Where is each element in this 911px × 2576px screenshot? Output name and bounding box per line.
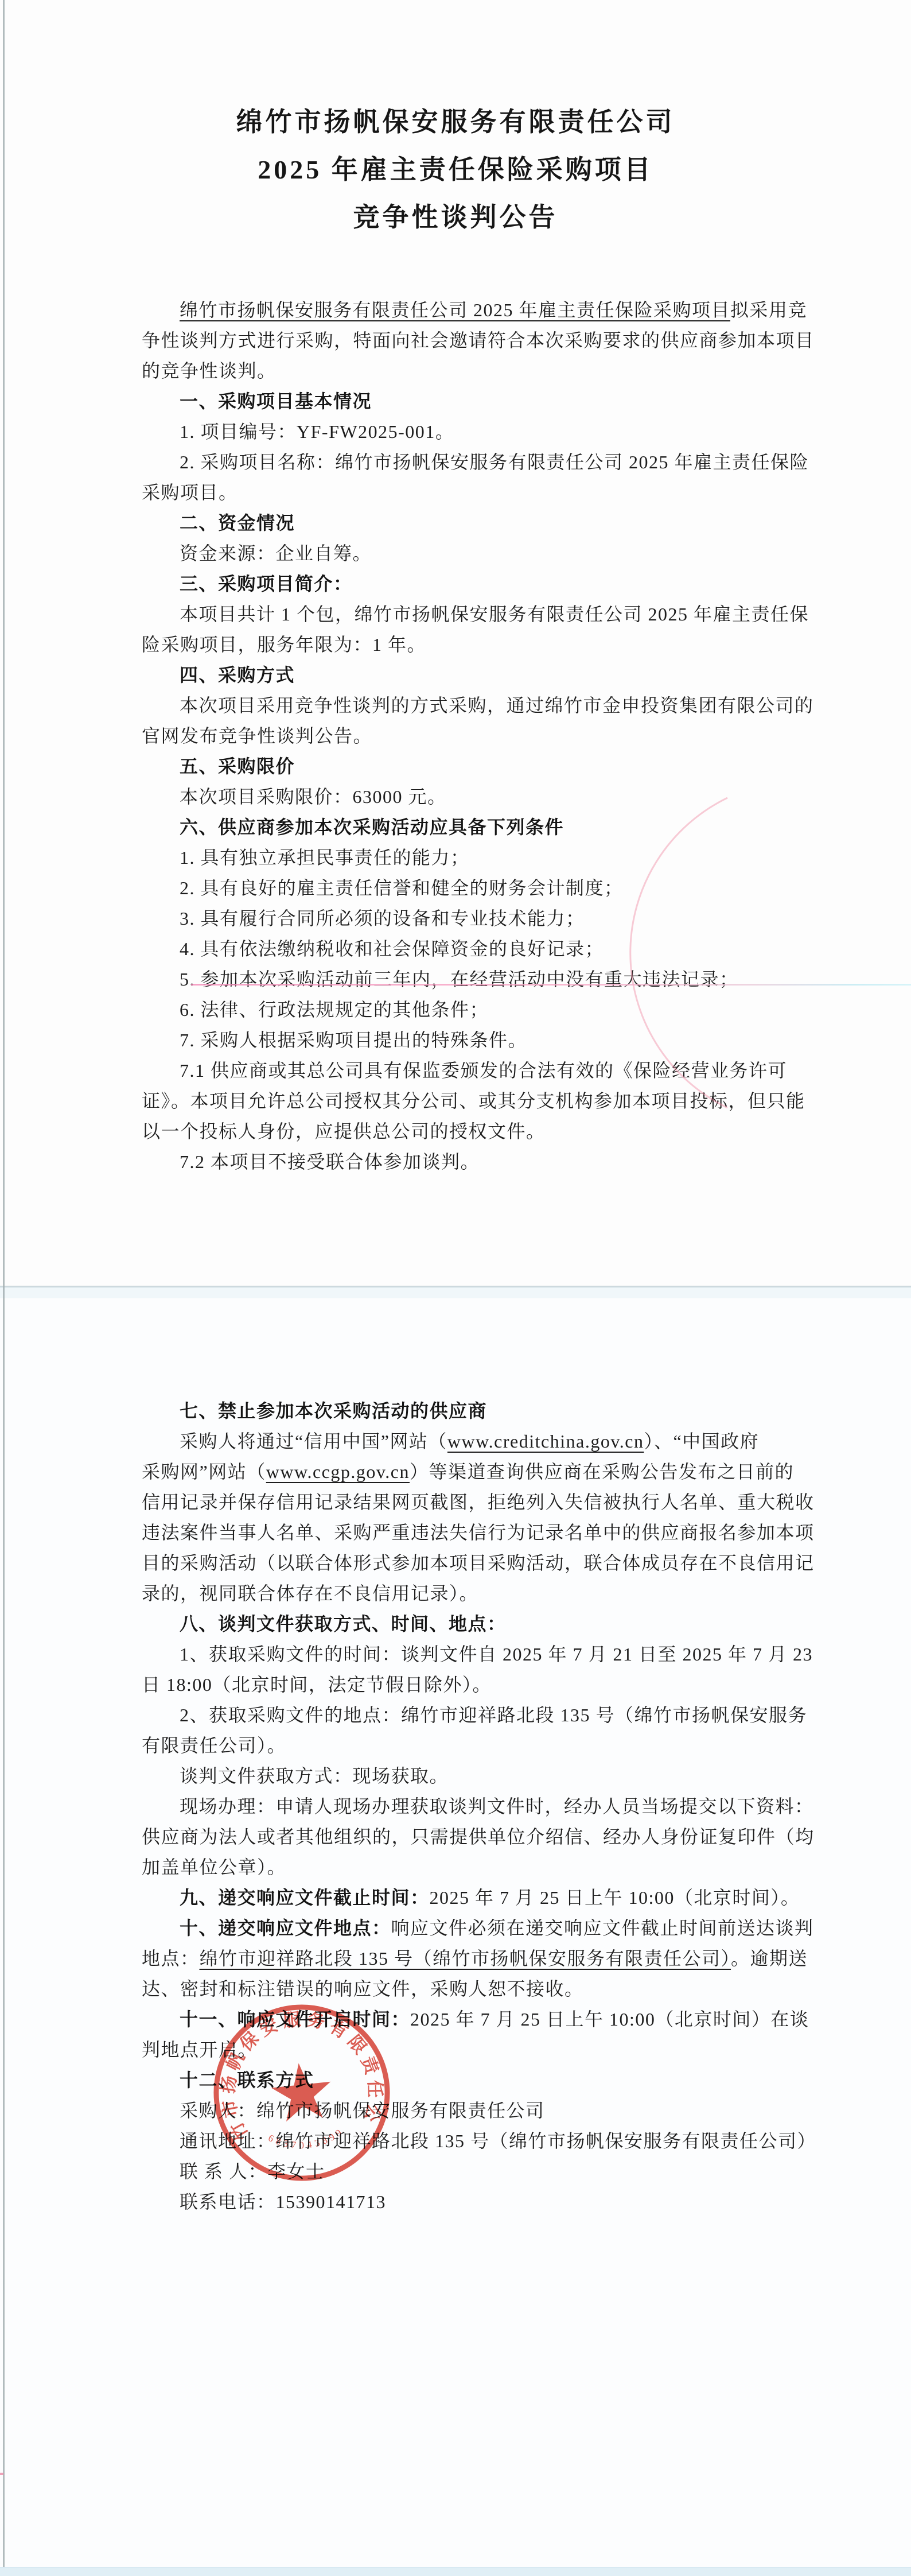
scanned-document: 绵竹市扬帆保安服务有限责任公司 2025 年雇主责任保险采购项目 竞争性谈判公告… [0,0,911,2576]
body-text-segment: 本次项目采用竞争性谈判的方式采购，通过绵竹市金申投资集团有限公司的 [180,695,814,716]
heading-text: 七、禁止参加本次采购活动的供应商 [180,1400,487,1421]
text-line: 九、递交响应文件截止时间：2025 年 7 月 25 日上午 10:00（北京时… [142,1883,827,1913]
text-line: 有限责任公司）。 [142,1731,827,1761]
heading-text: 四、采购方式 [180,665,295,685]
text-line: 谈判文件获取方式：现场获取。 [142,1761,827,1791]
text-line: 1. 具有独立承担民事责任的能力； [142,843,827,873]
body-text-segment: 采购人将通过“信用中国”网站（ [180,1431,447,1452]
heading-text: 一、采购项目基本情况 [180,391,372,412]
body-text-segment: 3. 具有履行合同所必须的设备和专业技术能力； [180,908,585,929]
body-text-segment: 7.2 本项目不接受联合体参加谈判。 [180,1151,480,1172]
body-text-segment: 7.1 供应商或其总公司具有保监委颁发的合法有效的《保险经营业务许可 [180,1060,787,1081]
underlined-text: www.ccgp.gov.cn [266,1461,410,1482]
text-line: 本次项目采购限价：63000 元。 [142,782,827,812]
document-title: 绵竹市扬帆保安服务有限责任公司 2025 年雇主责任保险采购项目 竞争性谈判公告 [0,98,911,241]
body-text-segment: 有限责任公司）。 [142,1735,286,1756]
body-text-segment: 1. 项目编号：YF-FW2025-001。 [180,421,454,442]
text-line: 目的采购活动（以联合体形式参加本项目采购活动，联合体成员存在不良信用记 [142,1548,827,1578]
body-text-segment: 2025 年 7 月 25 日上午 10:00（北京时间）。 [430,1887,800,1908]
seal-serial-number: 6837043899 [266,2124,348,2154]
text-line: 官网发布竞争性谈判公告。 [142,721,827,751]
body-text-segment: 证》。本项目允许总公司授权其分公司、或其分支机构参加本项目投标，但只能 [142,1091,805,1111]
body-text-segment: 官网发布竞争性谈判公告。 [142,726,372,746]
body-text-segment: 联系电话：15390141713 [180,2191,386,2212]
text-line: 4. 具有依法缴纳税收和社会保障资金的良好记录； [142,934,827,964]
page-1-body: 绵竹市扬帆保安服务有限责任公司 2025 年雇主责任保险采购项目拟采用竞争性谈判… [142,295,827,1177]
title-line-project: 2025 年雇主责任保险采购项目 [0,146,911,193]
heading-text: 十、递交响应文件地点： [180,1918,391,1938]
text-line: 1、获取采购文件的时间：谈判文件自 2025 年 7 月 21 日至 2025 … [142,1639,827,1670]
body-text-segment: 。逾期送 [731,1948,808,1969]
body-text-segment: 资金来源：企业自筹。 [180,543,372,564]
text-line: 地点：绵竹市迎祥路北段 135 号（绵竹市扬帆保安服务有限责任公司）。逾期送 [142,1943,827,1974]
body-text-segment: 加盖单位公章）。 [142,1857,286,1877]
body-text-segment: 现场办理：申请人现场办理获取谈判文件时，经办人员当场提交以下资料： [180,1796,814,1817]
body-text-segment: 1. 具有独立承担民事责任的能力； [180,847,470,868]
text-line: 本项目共计 1 个包，绵竹市扬帆保安服务有限责任公司 2025 年雇主责任保 [142,599,827,630]
body-text-segment: 1、获取采购文件的时间：谈判文件自 2025 年 7 月 21 日至 2025 … [180,1644,813,1665]
body-text-segment: 险采购项目，服务年限为：1 年。 [142,634,426,655]
document-page-1: 绵竹市扬帆保安服务有限责任公司 2025 年雇主责任保险采购项目 竞争性谈判公告… [0,0,911,1286]
body-text-segment: 争性谈判方式进行采购，特面向社会邀请符合本次采购要求的供应商参加本项目 [142,330,815,351]
body-text-segment: 7. 采购人根据采购项目提出的特殊条件。 [180,1030,527,1050]
body-text-segment: 拟采用竞 [730,300,807,320]
body-text-segment: 信用记录并保存信用记录结果网页截图，拒绝列入失信被执行人名单、重大税收 [142,1492,815,1512]
text-line: 6. 法律、行政法规规定的其他条件； [142,995,827,1025]
body-text-segment: 5. 参加本次采购活动前三年内，在经营活动中没有重大违法记录； [180,969,739,990]
heading-text: 八、谈判文件获取方式、时间、地点： [180,1613,507,1634]
body-text-segment: 本次项目采购限价：63000 元。 [180,786,447,807]
scan-edge-line [3,0,5,2567]
body-text-segment: 2025 年 7 月 25 日上午 10:00（北京时间）在谈 [410,2009,809,2030]
text-line: 2. 采购项目名称：绵竹市扬帆保安服务有限责任公司 2025 年雇主责任保险 [142,447,827,478]
body-text-segment: 违法案件当事人名单、采购严重违法失信行为记录名单中的供应商报名参加本项 [142,1522,815,1543]
text-line: 联系电话：15390141713 [142,2187,827,2217]
document-page-2: 七、禁止参加本次采购活动的供应商采购人将通过“信用中国”网站（www.credi… [0,1288,911,2567]
seal-company-text: 绵竹市扬帆保安服务有限责任公司 [201,1992,389,2147]
text-line: 八、谈判文件获取方式、时间、地点： [142,1609,827,1639]
text-line: 7.2 本项目不接受联合体参加谈判。 [142,1147,827,1177]
heading-text: 六、供应商参加本次采购活动应具备下列条件 [180,817,564,837]
text-line: 争性谈判方式进行采购，特面向社会邀请符合本次采购要求的供应商参加本项目 [142,325,827,356]
body-text-segment: 日 18:00（北京时间，法定节假日除外）。 [142,1674,492,1695]
text-line: 采购网”网站（www.ccgp.gov.cn）等渠道查询供应商在采购公告发布之日… [142,1457,827,1487]
text-line: 达、密封和标注错误的响应文件，采购人恕不接收。 [142,1974,827,2004]
body-text-segment: 本项目共计 1 个包，绵竹市扬帆保安服务有限责任公司 2025 年雇主责任保 [180,604,809,624]
text-line: 二、资金情况 [142,508,827,538]
body-text-segment: 供应商为法人或者其他组织的，只需提供单位介绍信、经办人身份证复印件（均 [142,1826,815,1847]
text-line: 证》。本项目允许总公司授权其分公司、或其分支机构参加本项目投标，但只能 [142,1086,827,1116]
text-line: 现场办理：申请人现场办理获取谈判文件时，经办人员当场提交以下资料： [142,1791,827,1822]
underlined-text: 绵竹市扬帆保安服务有限责任公司 2025 年雇主责任保险采购项目 [180,300,730,320]
seal-star [269,2060,334,2123]
text-line: 绵竹市扬帆保安服务有限责任公司 2025 年雇主责任保险采购项目拟采用竞 [142,295,827,325]
scan-artifact-dot [0,2473,3,2475]
text-line: 2、获取采购文件的地点：绵竹市迎祥路北段 135 号（绵竹市扬帆保安服务 [142,1700,827,1731]
body-text-segment: 响应文件必须在递交响应文件截止时间前送达谈判 [391,1918,814,1938]
text-line: 采购项目。 [142,478,827,508]
body-text-segment: 6. 法律、行政法规规定的其他条件； [180,999,489,1020]
underlined-text: www.creditchina.gov.cn [447,1431,644,1452]
body-text-segment: 2、获取采购文件的地点：绵竹市迎祥路北段 135 号（绵竹市扬帆保安服务 [180,1705,807,1725]
heading-text: 三、采购项目简介： [180,573,353,594]
scan-bottom-strip [0,2567,911,2576]
body-text-segment: 录的，视同联合体存在不良信用记录）。 [142,1583,478,1604]
heading-text: 五、采购限价 [180,756,295,777]
body-text-segment: 谈判文件获取方式：现场获取。 [180,1766,449,1786]
text-line: 险采购项目，服务年限为：1 年。 [142,630,827,660]
text-line: 六、供应商参加本次采购活动应具备下列条件 [142,812,827,843]
text-line: 五、采购限价 [142,751,827,782]
text-line: 7. 采购人根据采购项目提出的特殊条件。 [142,1025,827,1056]
text-line: 日 18:00（北京时间，法定节假日除外）。 [142,1670,827,1700]
heading-text: 九、递交响应文件截止时间： [180,1887,430,1908]
underlined-text: 绵竹市迎祥路北段 135 号（绵竹市扬帆保安服务有限责任公司） [200,1948,731,1969]
text-line: 三、采购项目简介： [142,569,827,599]
title-line-company: 绵竹市扬帆保安服务有限责任公司 [0,98,911,146]
text-line: 7.1 供应商或其总公司具有保监委颁发的合法有效的《保险经营业务许可 [142,1056,827,1086]
body-text-segment: 2. 具有良好的雇主责任信誉和健全的财务会计制度； [180,878,624,898]
body-text-segment: ）等渠道查询供应商在采购公告发布之日前的 [410,1461,794,1482]
text-line: 信用记录并保存信用记录结果网页截图，拒绝列入失信被执行人名单、重大税收 [142,1487,827,1518]
text-line: 资金来源：企业自筹。 [142,538,827,569]
text-line: 加盖单位公章）。 [142,1852,827,1883]
text-line: 四、采购方式 [142,660,827,690]
heading-text: 二、资金情况 [180,513,295,533]
text-line: 供应商为法人或者其他组织的，只需提供单位介绍信、经办人身份证复印件（均 [142,1822,827,1852]
body-text-segment: 2. 采购项目名称：绵竹市扬帆保安服务有限责任公司 2025 年雇主责任保险 [180,452,809,472]
body-text-segment: 4. 具有依法缴纳税收和社会保障资金的良好记录； [180,938,604,959]
text-line: 违法案件当事人名单、采购严重违法失信行为记录名单中的供应商报名参加本项 [142,1518,827,1548]
text-line: 十、递交响应文件地点：响应文件必须在递交响应文件截止时间前送达谈判 [142,1913,827,1943]
body-text-segment: 目的采购活动（以联合体形式参加本项目采购活动，联合体成员存在不良信用记 [142,1553,815,1573]
body-text-segment: 的竞争性谈判。 [142,360,277,381]
body-text-segment: 采购项目。 [142,482,238,503]
text-line: 2. 具有良好的雇主责任信誉和健全的财务会计制度； [142,873,827,903]
body-text-segment: 以一个投标人身份，应提供总公司的授权文件。 [142,1121,546,1142]
text-line: 1. 项目编号：YF-FW2025-001。 [142,417,827,447]
title-line-announcement: 竞争性谈判公告 [0,193,911,241]
text-line: 本次项目采用竞争性谈判的方式采购，通过绵竹市金申投资集团有限公司的 [142,690,827,721]
body-text-segment: 采购网”网站（ [142,1461,266,1482]
scanner-artifact-line [191,984,911,986]
company-seal: 绵竹市扬帆保安服务有限责任公司 6837043899 [201,1992,402,2193]
body-text-segment: 地点： [142,1948,200,1969]
text-line: 七、禁止参加本次采购活动的供应商 [142,1396,827,1426]
text-line: 一、采购项目基本情况 [142,386,827,417]
text-line: 的竞争性谈判。 [142,356,827,386]
text-line: 3. 具有履行合同所必须的设备和专业技术能力； [142,903,827,934]
text-line: 5. 参加本次采购活动前三年内，在经营活动中没有重大违法记录； [142,964,827,995]
text-line: 录的，视同联合体存在不良信用记录）。 [142,1578,827,1609]
text-line: 采购人将通过“信用中国”网站（www.creditchina.gov.cn）、“… [142,1426,827,1457]
text-line: 以一个投标人身份，应提供总公司的授权文件。 [142,1116,827,1147]
body-text-segment: ）、“中国政府 [644,1431,759,1452]
